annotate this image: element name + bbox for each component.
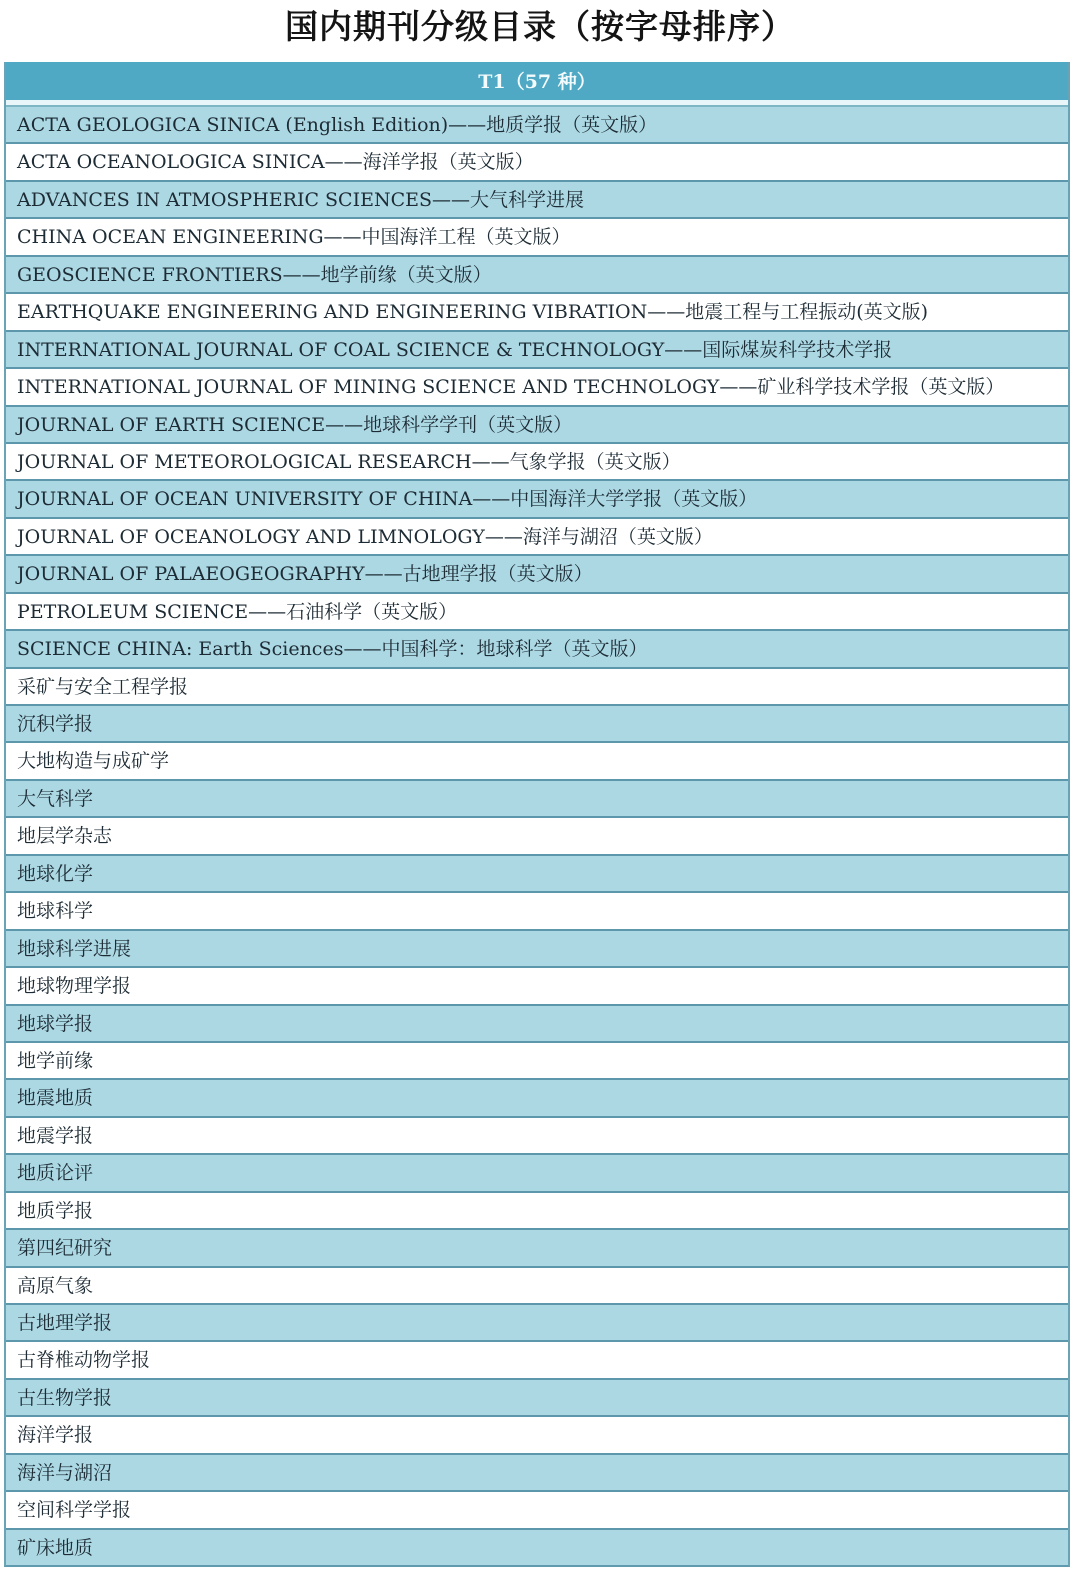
- table-row: JOURNAL OF OCEAN UNIVERSITY OF CHINA——中国…: [6, 479, 1068, 516]
- table-row: 空间科学学报: [6, 1490, 1068, 1527]
- table-row: EARTHQUAKE ENGINEERING AND ENGINEERING V…: [6, 292, 1068, 329]
- table-row: 地球科学进展: [6, 929, 1068, 966]
- table-row: 地球科学: [6, 891, 1068, 928]
- table-row: 第四纪研究: [6, 1228, 1068, 1265]
- table-row: 地质学报: [6, 1191, 1068, 1228]
- table-row: 地球物理学报: [6, 966, 1068, 1003]
- journal-table: T1（57 种） ACTA GEOLOGICA SINICA (English …: [4, 62, 1070, 1567]
- table-row: ADVANCES IN ATMOSPHERIC SCIENCES——大气科学进展: [6, 180, 1068, 217]
- table-row: 地层学杂志: [6, 816, 1068, 853]
- table-row: JOURNAL OF EARTH SCIENCE——地球科学学刊（英文版）: [6, 405, 1068, 442]
- table-row: INTERNATIONAL JOURNAL OF COAL SCIENCE & …: [6, 330, 1068, 367]
- table-row: CHINA OCEAN ENGINEERING——中国海洋工程（英文版）: [6, 217, 1068, 254]
- table-row: GEOSCIENCE FRONTIERS——地学前缘（英文版）: [6, 255, 1068, 292]
- table-row: 古地理学报: [6, 1303, 1068, 1340]
- table-row: 海洋学报: [6, 1415, 1068, 1452]
- table-row: 地学前缘: [6, 1041, 1068, 1078]
- table-row: PETROLEUM SCIENCE——石油科学（英文版）: [6, 592, 1068, 629]
- page-title: 国内期刊分级目录（按字母排序）: [0, 2, 1080, 52]
- table-row: 沉积学报: [6, 704, 1068, 741]
- table-row: 地震学报: [6, 1116, 1068, 1153]
- table-header-t1: T1（57 种）: [6, 62, 1068, 105]
- table-row: JOURNAL OF OCEANOLOGY AND LIMNOLOGY——海洋与…: [6, 517, 1068, 554]
- table-row: 地震地质: [6, 1078, 1068, 1115]
- table-row: 采矿与安全工程学报: [6, 667, 1068, 704]
- table-row: 地球化学: [6, 854, 1068, 891]
- table-row: 地球学报: [6, 1004, 1068, 1041]
- table-row: 地质论评: [6, 1153, 1068, 1190]
- table-row: SCIENCE CHINA: Earth Sciences——中国科学：地球科学…: [6, 629, 1068, 666]
- table-row: 古脊椎动物学报: [6, 1340, 1068, 1377]
- table-row: 高原气象: [6, 1266, 1068, 1303]
- table-row: 古生物学报: [6, 1378, 1068, 1415]
- table-row: ACTA GEOLOGICA SINICA (English Edition)—…: [6, 105, 1068, 142]
- table-row: ACTA OCEANOLOGICA SINICA——海洋学报（英文版）: [6, 142, 1068, 179]
- table-row: 矿床地质: [6, 1528, 1068, 1565]
- table-row: 大气科学: [6, 779, 1068, 816]
- table-rows: ACTA GEOLOGICA SINICA (English Edition)—…: [6, 105, 1068, 1565]
- table-row: 海洋与湖沼: [6, 1453, 1068, 1490]
- table-row: JOURNAL OF PALAEOGEOGRAPHY——古地理学报（英文版）: [6, 554, 1068, 591]
- table-row: JOURNAL OF METEOROLOGICAL RESEARCH——气象学报…: [6, 442, 1068, 479]
- table-row: INTERNATIONAL JOURNAL OF MINING SCIENCE …: [6, 367, 1068, 404]
- table-row: 大地构造与成矿学: [6, 741, 1068, 778]
